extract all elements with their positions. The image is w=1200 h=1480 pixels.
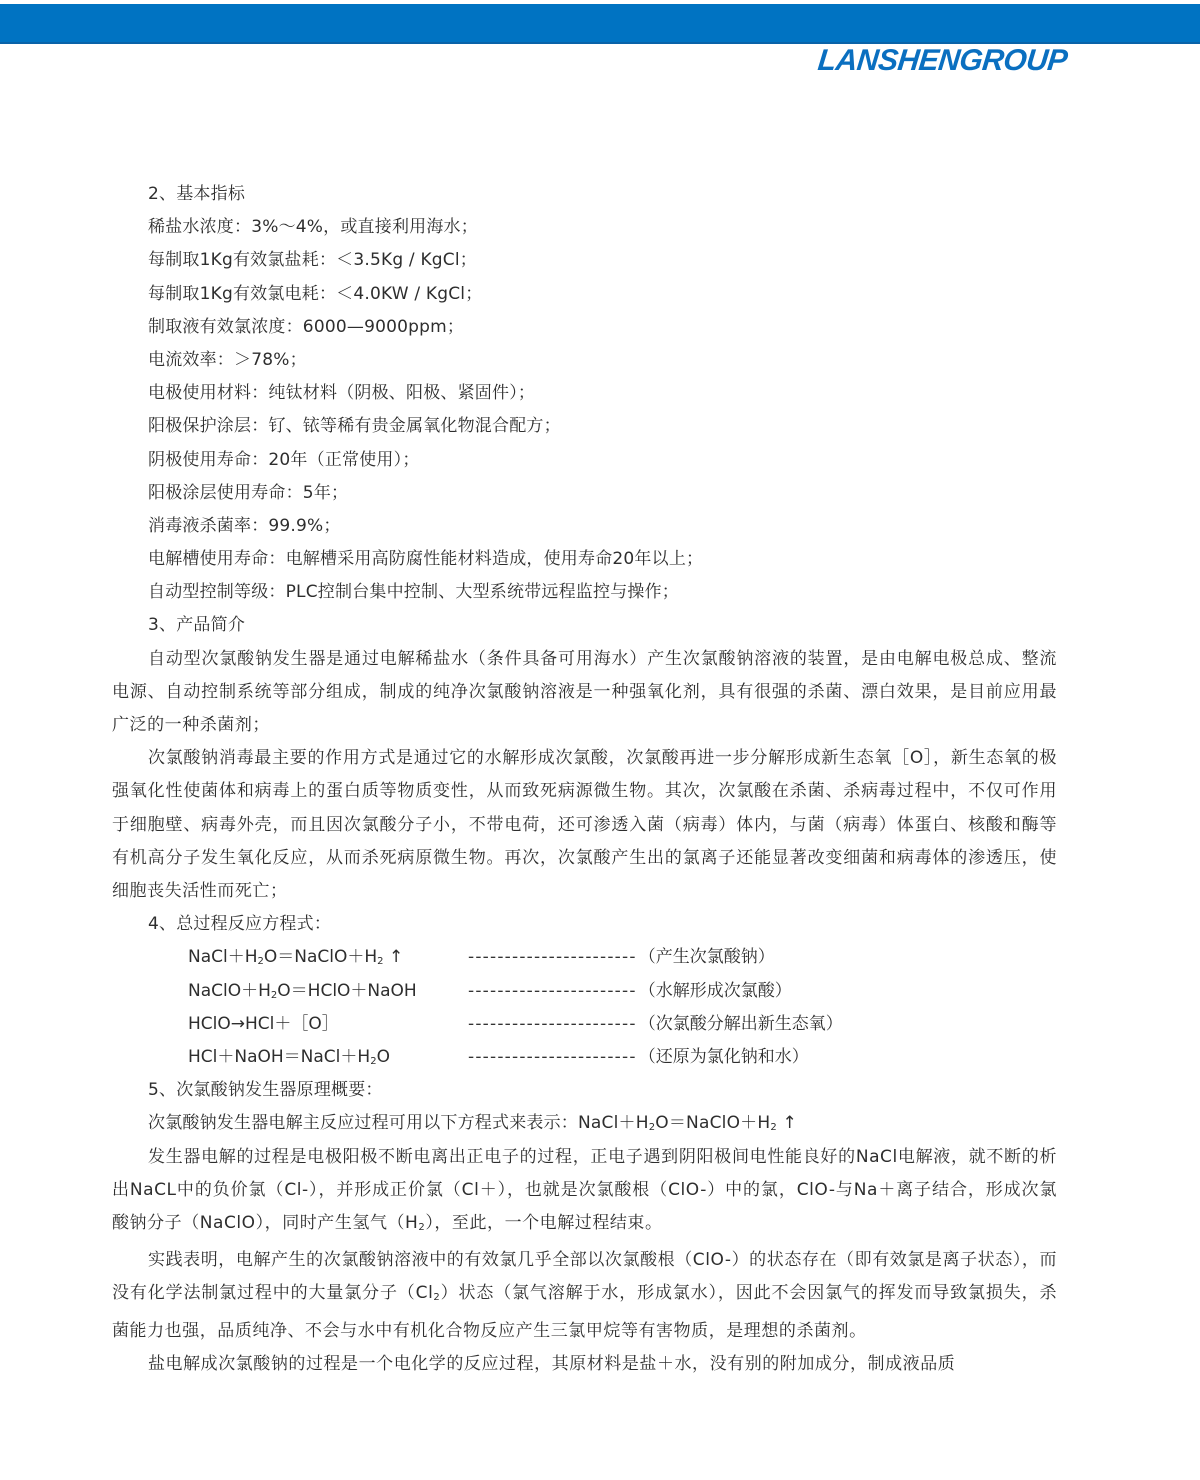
section-heading-product-intro: 3、产品简介: [112, 609, 1057, 642]
equation-row: HClO→HCl＋［O］ ----------------------- （次氯…: [112, 1008, 1057, 1041]
equation-note: （次氯酸分解出新生态氧）: [637, 1008, 843, 1041]
spec-item: 电流效率：＞78%；: [112, 344, 1057, 377]
document-body: 2、基本指标 稀盐水浓度：3%～4%，或直接利用海水； 每制取1Kg有效氯盐耗：…: [112, 178, 1057, 1381]
spec-item: 每制取1Kg有效氯电耗：＜4.0KW / KgCl；: [112, 278, 1057, 311]
equation-note: （水解形成次氯酸）: [637, 975, 792, 1008]
brand-logo: LANSHENGROUP: [816, 44, 1069, 78]
principle-intro: 次氯酸钠发生器电解主反应过程可用以下方程式来表示：NaCl＋H2O＝NaClO＋…: [112, 1107, 1057, 1140]
spec-item: 稀盐水浓度：3%～4%，或直接利用海水；: [112, 211, 1057, 244]
spec-item: 阳极保护涂层：钌、铱等稀有贵金属氧化物混合配方；: [112, 410, 1057, 443]
spec-item: 自动型控制等级：PLC控制台集中控制、大型系统带远程监控与操作；: [112, 576, 1057, 609]
dash-leader: -----------------------: [468, 1008, 637, 1041]
dash-leader: -----------------------: [468, 975, 637, 1008]
spec-item: 制取液有效氯浓度：6000—9000ppm；: [112, 311, 1057, 344]
spec-item: 阳极涂层使用寿命：5年；: [112, 477, 1057, 510]
paragraph: 自动型次氯酸钠发生器是通过电解稀盐水（条件具备可用海水）产生次氯酸钠溶液的装置，…: [112, 643, 1057, 743]
spec-item: 消毒液杀菌率：99.9%；: [112, 510, 1057, 543]
dash-leader: -----------------------: [468, 941, 637, 974]
equation-list: NaCl＋H2O＝NaClO＋H2 ↑ --------------------…: [112, 941, 1057, 1074]
spec-list: 稀盐水浓度：3%～4%，或直接利用海水； 每制取1Kg有效氯盐耗：＜3.5Kg …: [112, 211, 1057, 609]
section-heading-principle: 5、次氯酸钠发生器原理概要：: [112, 1074, 1057, 1107]
equation-formula: NaClO＋H2O＝HClO＋NaOH: [112, 975, 468, 1008]
equation-note: （产生次氯酸钠）: [637, 941, 775, 974]
equation-formula: HCl＋NaOH＝NaCl＋H2O: [112, 1041, 468, 1074]
spec-item: 电解槽使用寿命：电解槽采用高防腐性能材料造成，使用寿命20年以上；: [112, 543, 1057, 576]
header-bar: [0, 4, 1200, 44]
spec-item: 每制取1Kg有效氯盐耗：＜3.5Kg / KgCl；: [112, 244, 1057, 277]
equation-formula: NaCl＋H2O＝NaClO＋H2 ↑: [112, 941, 468, 974]
equation-note: （还原为氯化钠和水）: [637, 1041, 809, 1074]
section-heading-reaction-equations: 4、总过程反应方程式：: [112, 908, 1057, 941]
spec-item: 电极使用材料：纯钛材料（阴极、阳极、紧固件）；: [112, 377, 1057, 410]
equation-formula: HClO→HCl＋［O］: [112, 1008, 468, 1041]
paragraph: 次氯酸钠消毒最主要的作用方式是通过它的水解形成次氯酸，次氯酸再进一步分解形成新生…: [112, 742, 1057, 908]
spec-item: 阴极使用寿命：20年（正常使用）；: [112, 444, 1057, 477]
equation-row: HCl＋NaOH＝NaCl＋H2O ----------------------…: [112, 1041, 1057, 1074]
section-heading-basic-specs: 2、基本指标: [112, 178, 1057, 211]
dash-leader: -----------------------: [468, 1041, 637, 1074]
main-equation: NaCl＋H2O＝NaClO＋H2 ↑: [578, 1113, 797, 1133]
paragraph: 实践表明，电解产生的次氯酸钠溶液中的有效氯几乎全部以次氯酸根（ClO-）的状态存…: [112, 1244, 1057, 1348]
equation-row: NaClO＋H2O＝HClO＋NaOH --------------------…: [112, 975, 1057, 1008]
paragraph: 发生器电解的过程是电极阳极不断电离出正电子的过程，正电子遇到阴阳极间电性能良好的…: [112, 1141, 1057, 1245]
paragraph: 盐电解成次氯酸钠的过程是一个电化学的反应过程，其原材料是盐＋水，没有别的附加成分…: [112, 1348, 1057, 1381]
equation-row: NaCl＋H2O＝NaClO＋H2 ↑ --------------------…: [112, 941, 1057, 974]
